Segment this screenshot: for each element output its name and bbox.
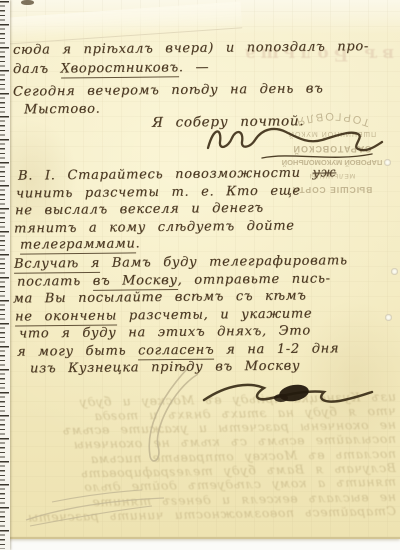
signature-flourish <box>198 372 378 414</box>
pencil-mark <box>128 360 208 470</box>
scanned-letter-page: въ Больша ВЫСШІЕ СОРТА МЕЛЬНИЦЫ ПАРОВОЙ … <box>0 0 400 550</box>
handwriting-line: Вслучаѣ я Вамъ буду телеграфировать <box>14 252 348 272</box>
punch-hole <box>385 314 392 321</box>
handwriting-line: телеграммами. <box>20 235 141 253</box>
edge-ink-mark <box>21 0 34 5</box>
handwriting-line: не выслалъ векселя и денегъ <box>15 200 264 220</box>
punch-hole <box>384 159 391 166</box>
handwriting-line: Мыстово. <box>24 101 101 119</box>
pencil-mark <box>22 480 172 530</box>
ink-blot <box>274 394 288 402</box>
handwriting-line: В. І. Старайтесь повозможности уж <box>18 164 336 184</box>
handwriting-line: далъ Хворостниковъ. — <box>13 59 209 78</box>
punch-hole <box>391 268 398 275</box>
stamp-line: ВЫСШІЕ СОРТА <box>292 185 372 195</box>
measuring-ruler <box>0 0 10 550</box>
ruler-major-ticks <box>0 1 9 549</box>
signature-flourish <box>200 118 390 164</box>
handwriting-line: ма Вы посылайте всѣмъ съ кѣмъ <box>13 287 307 307</box>
handwriting-line: тянитъ а кому слѣдуетъ дойте <box>14 218 295 238</box>
handwriting-line: Сегодня вечеромъ поѣду на день въ <box>13 80 324 100</box>
handwriting-line: что я буду на этихъ дняхъ, Это <box>19 322 311 342</box>
